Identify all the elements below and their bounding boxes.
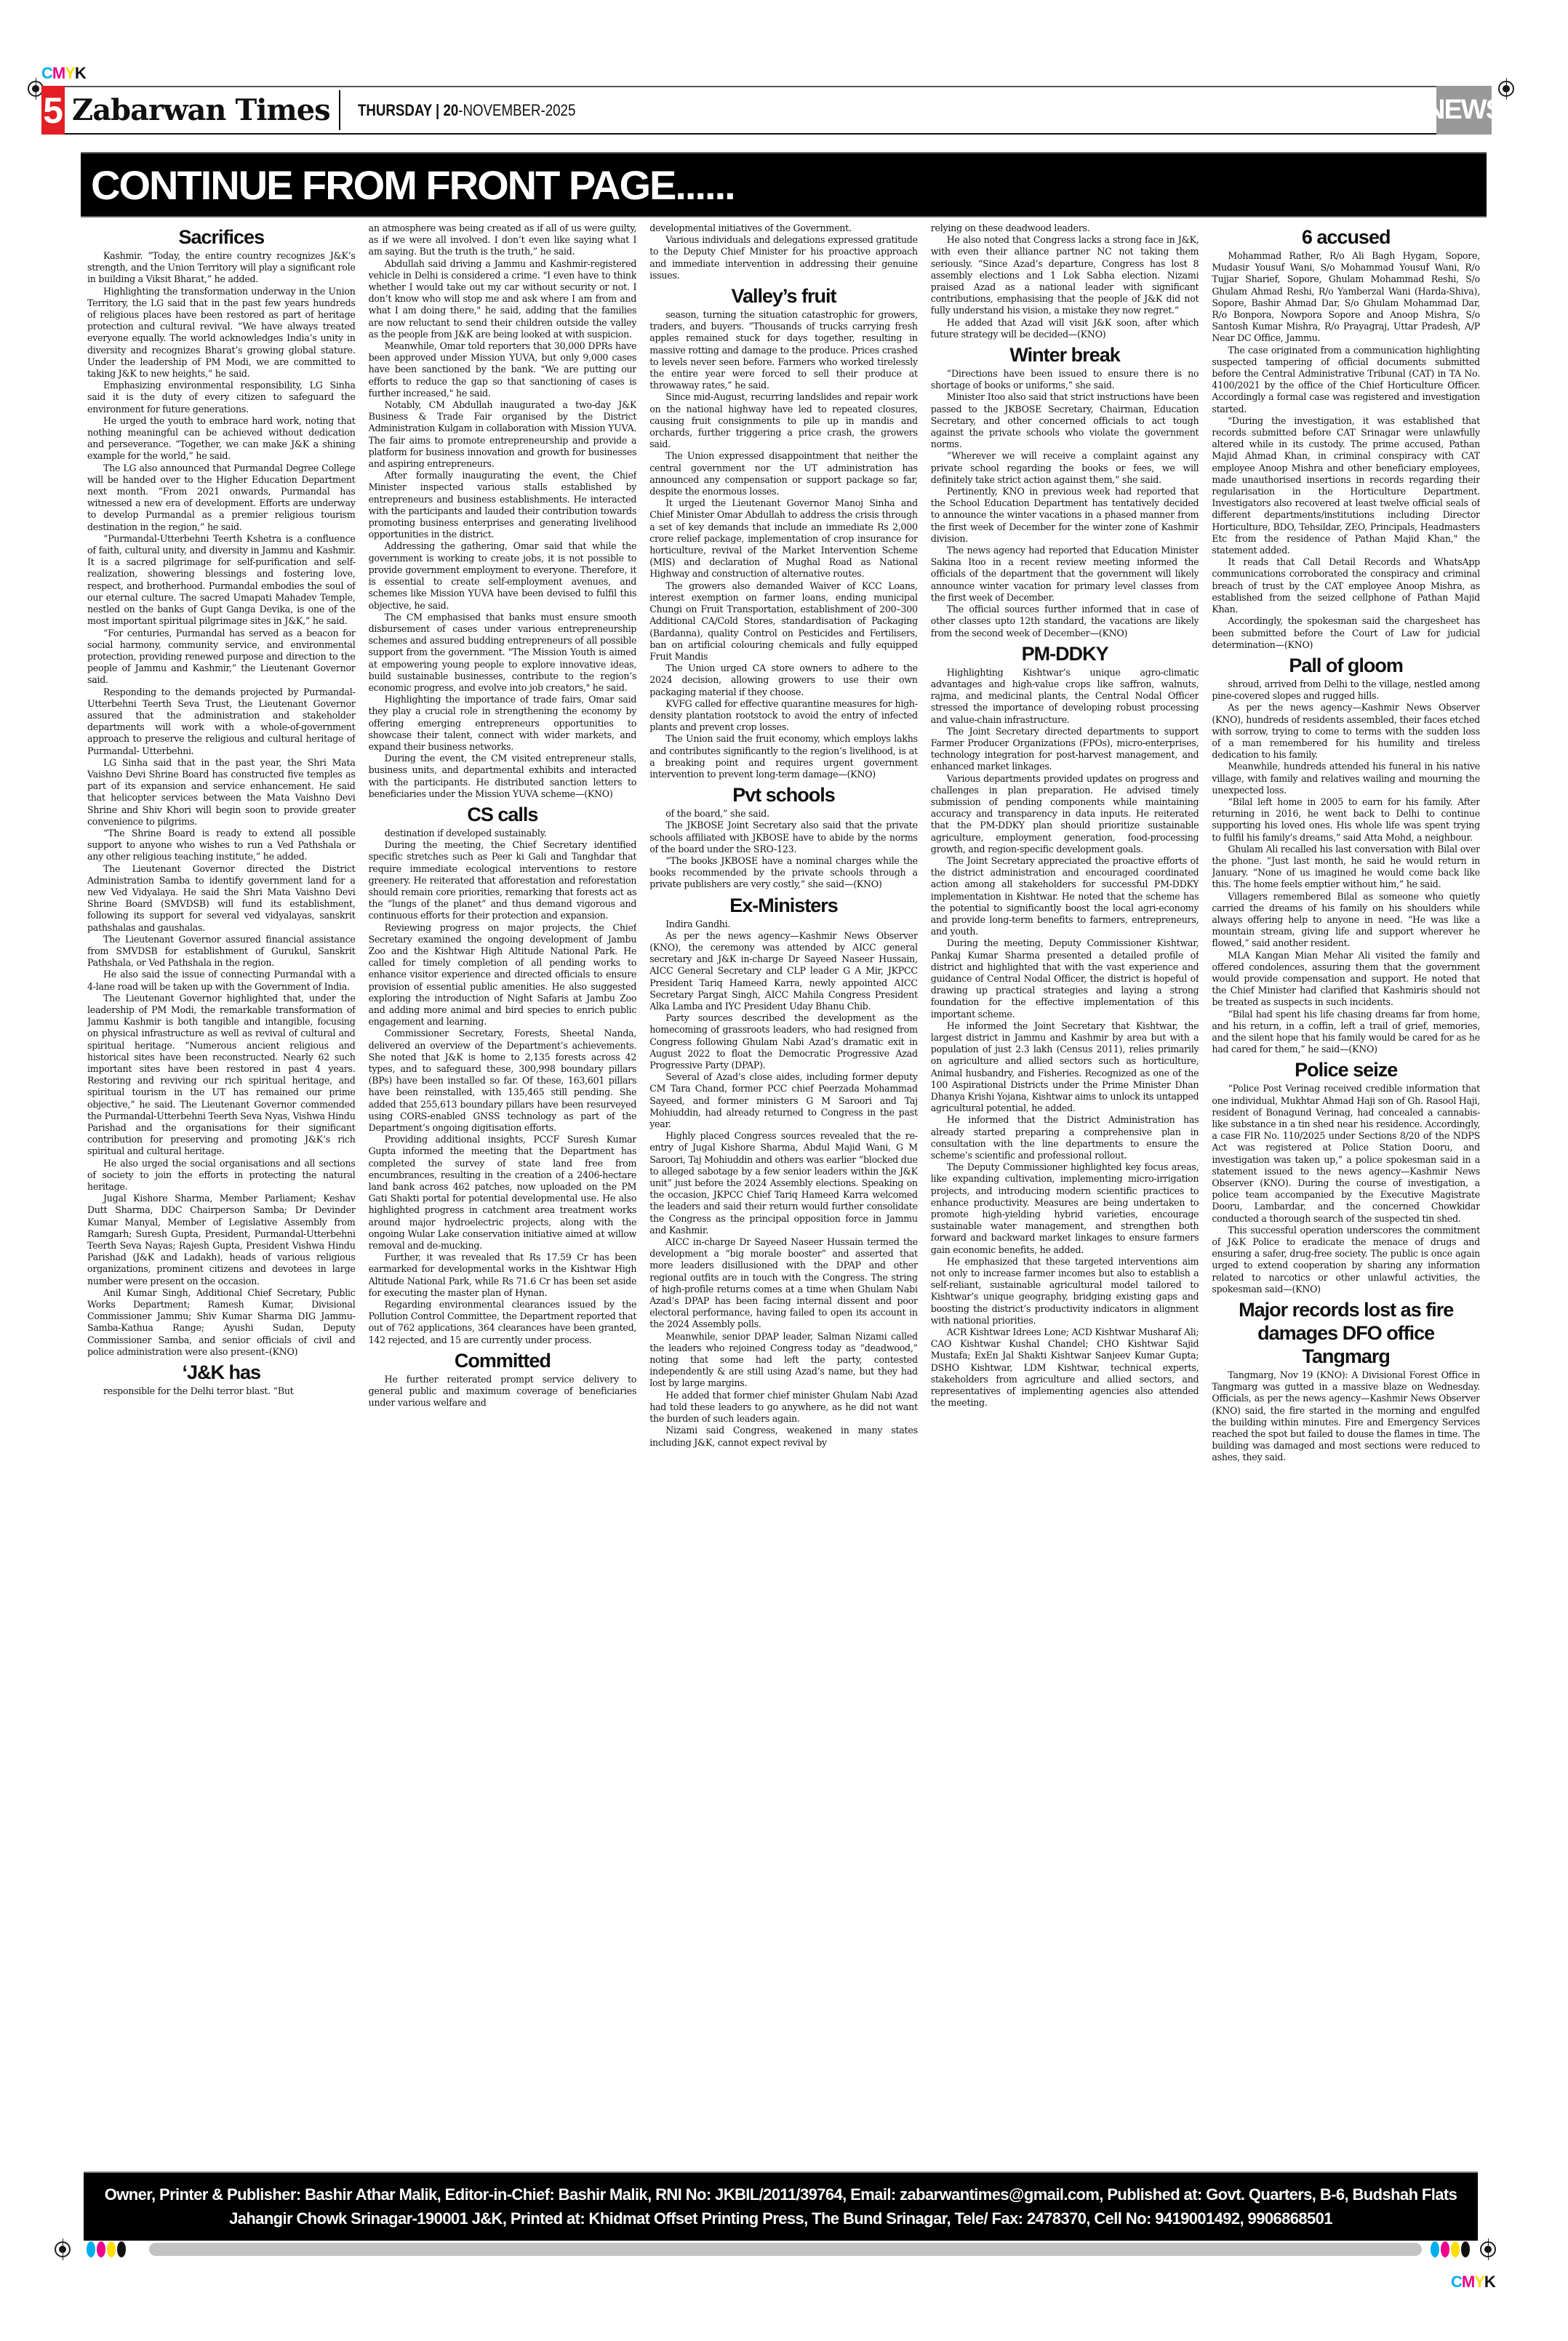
article-paragraph: “Directions have been issued to ensure t… (931, 368, 1199, 391)
article-paragraph: He urged the youth to embrace hard work,… (87, 415, 356, 463)
magenta-dot (1441, 2241, 1449, 2257)
paper-name: Zabarwan Times (72, 93, 330, 127)
article-paragraph: relying on these deadwood leaders. (931, 223, 1199, 234)
article-paragraph: Party sources described the development … (649, 1012, 918, 1071)
article-paragraph: “Bilal left home in 2005 to earn for his… (1212, 796, 1480, 844)
article-paragraph: Notably, CM Abdullah inaugurated a two-d… (369, 399, 637, 470)
article-paragraph: Several of Azad’s close aides, including… (649, 1071, 918, 1130)
issue-date: THURSDAY | 20-NOVEMBER-2025 (358, 101, 575, 120)
article-paragraph: Various departments provided updates on … (931, 773, 1199, 855)
article-paragraph: Meanwhile, senior DPAP leader, Salman Ni… (649, 1331, 918, 1390)
article-paragraph: He also said the issue of connecting Pur… (87, 969, 356, 992)
color-calibration-bar (56, 2241, 1511, 2260)
article-paragraph: The Joint Secretary directed departments… (931, 726, 1199, 773)
article-paragraph: As per the news agency—Kashmir News Obse… (1212, 702, 1480, 761)
article-paragraph: He also noted that Congress lacks a stro… (931, 234, 1199, 316)
black-dot (1461, 2241, 1470, 2257)
article-paragraph: He also urged the social organisations a… (87, 1158, 356, 1193)
article-paragraph: KVFG called for effective quarantine mea… (649, 698, 918, 734)
cmyk-label-bottom: CMYK (1451, 2273, 1495, 2292)
article-paragraph: "During the investigation, it was establ… (1212, 415, 1480, 556)
article-paragraph: As per the news agency—Kashmir News Obse… (649, 930, 918, 1012)
article-paragraph: Tangmarg, Nov 19 (KNO): A Divisional For… (1212, 1369, 1480, 1464)
article-paragraph: Regarding environmental clearances issue… (369, 1299, 637, 1346)
article-paragraph: The CM emphasised that banks must ensure… (369, 612, 637, 694)
yellow-dot (1451, 2241, 1460, 2257)
article-paragraph: Since mid-August, recurring landslides a… (649, 391, 918, 450)
column-5: 6 accusedMohammad Rather, R/o Ali Bagh H… (1212, 223, 1480, 2179)
article-paragraph: shroud, arrived from Delhi to the villag… (1212, 679, 1480, 702)
black-dot (117, 2241, 126, 2257)
article-paragraph: He added that Azad will visit J&K soon, … (931, 317, 1199, 340)
article-headline: ‘J&K has (87, 1361, 356, 1384)
article-paragraph: ACR Kishtwar Idrees Lone; ACD Kishtwar M… (931, 1326, 1199, 1409)
column-2: an atmosphere was being created as if al… (369, 223, 637, 2179)
article-paragraph: The JKBOSE Joint Secretary also said tha… (649, 820, 918, 855)
article-paragraph: “Purmandal-Utterbehni Teerth Kshetra is … (87, 533, 356, 628)
article-paragraph: During the meeting, the Chief Secretary … (369, 839, 637, 921)
article-paragraph: “For centuries, Purmandal has served as … (87, 628, 356, 687)
article-paragraph: of the board,” she said. (649, 808, 918, 820)
article-paragraph: After formally inaugurating the event, t… (369, 470, 637, 540)
cmyk-label-top: CMYK (41, 64, 86, 83)
article-paragraph: The Union said the fruit economy, which … (649, 733, 918, 780)
article-headline: Sacrifices (87, 225, 356, 249)
article-headline: CS calls (369, 803, 637, 826)
article-headline: 6 accused (1212, 225, 1480, 249)
article-paragraph: Meanwhile, hundreds attended his funeral… (1212, 761, 1480, 796)
article-paragraph: The news agency had reported that Educat… (931, 545, 1199, 604)
imprint-line-2: Jahangir Chowk Srinagar-190001 J&K, Prin… (84, 2206, 1478, 2230)
masthead: 5 Zabarwan Times THURSDAY | 20-NOVEMBER-… (41, 86, 1492, 135)
column-4: relying on these deadwood leaders.He als… (931, 223, 1199, 2179)
yellow-dot (107, 2241, 116, 2257)
article-headline: Pall of gloom (1212, 654, 1480, 677)
registration-mark-bottom-right (1480, 2241, 1496, 2257)
article-paragraph: Anil Kumar Singh, Additional Chief Secre… (87, 1287, 356, 1358)
article-paragraph: LG Sinha said that in the past year, the… (87, 757, 356, 828)
article-headline: Winter break (931, 343, 1199, 367)
article-paragraph: season, turning the situation catastroph… (649, 309, 918, 391)
article-headline: Ex-Ministers (649, 894, 918, 917)
article-paragraph: Nizami said Congress, weakened in many s… (649, 1425, 918, 1448)
article-paragraph: Various individuals and delegations expr… (649, 234, 918, 281)
gray-density-bar (149, 2243, 1422, 2256)
article-headline: Police seize (1212, 1058, 1480, 1081)
article-paragraph: Addressing the gathering, Omar said that… (369, 540, 637, 611)
article-paragraph: He added that former chief minister Ghul… (649, 1390, 918, 1425)
article-paragraph: responsible for the Delhi terror blast. … (87, 1385, 356, 1397)
article-paragraph: Commissioner Secretary, Forests, Sheetal… (369, 1028, 637, 1134)
article-paragraph: The case originated from a communication… (1212, 345, 1480, 415)
article-paragraph: This successful operation underscores th… (1212, 1225, 1480, 1295)
article-paragraph: Pertinently, KNO in previous week had re… (931, 486, 1199, 545)
article-headline: Major records lost as fire damages DFO o… (1212, 1298, 1480, 1368)
article-paragraph: Further, it was revealed that Rs 17.59 C… (369, 1252, 637, 1299)
article-paragraph: The Lieutenant Governor highlighted that… (87, 993, 356, 1158)
article-paragraph: Accordingly, the spokesman said the char… (1212, 615, 1480, 651)
article-columns: SacrificesKashmir. “Today, the entire co… (87, 223, 1480, 2179)
article-paragraph: Minister Itoo also said that strict inst… (931, 391, 1199, 450)
article-paragraph: MLA Kangan Mian Mehar Ali visited the fa… (1212, 950, 1480, 1009)
article-paragraph: Reviewing progress on major projects, th… (369, 922, 637, 1028)
registration-mark-bottom-left (55, 2241, 71, 2257)
column-1: SacrificesKashmir. “Today, the entire co… (87, 223, 356, 2179)
article-paragraph: Highly placed Congress sources revealed … (649, 1130, 918, 1236)
article-paragraph: Highlighting Kishtwar’s unique agro-clim… (931, 667, 1199, 726)
article-headline: PM-DDKY (931, 642, 1199, 665)
article-paragraph: The Deputy Commissioner highlighted key … (931, 1161, 1199, 1256)
article-paragraph: The Lieutenant Governor assured financia… (87, 934, 356, 969)
article-paragraph: “The books JKBOSE have a nominal charges… (649, 855, 918, 891)
article-paragraph: The Lieutenant Governor directed the Dis… (87, 863, 356, 934)
column-3: developmental initiatives of the Governm… (649, 223, 918, 2179)
article-paragraph: Abdullah said driving a Jammu and Kashmi… (369, 258, 637, 340)
article-paragraph: Villagers remembered Bilal as someone wh… (1212, 891, 1480, 950)
article-paragraph: Emphasizing environmental responsibility… (87, 380, 356, 415)
article-paragraph: developmental initiatives of the Governm… (649, 223, 918, 234)
article-paragraph: Kashmir. “Today, the entire country reco… (87, 250, 356, 286)
article-paragraph: The LG also announced that Purmandal Deg… (87, 463, 356, 533)
article-paragraph: Providing additional insights, PCCF Sure… (369, 1134, 637, 1252)
article-paragraph: Jugal Kishore Sharma, Member Parliament;… (87, 1193, 356, 1287)
article-paragraph: The Union urged CA store owners to adher… (649, 663, 918, 698)
article-paragraph: Ghulam Ali recalled his last conversatio… (1212, 844, 1480, 891)
imprint-line-1: Owner, Printer & Publisher: Bashir Athar… (84, 2182, 1478, 2206)
article-paragraph: an atmosphere was being created as if al… (369, 223, 637, 258)
magenta-dot (97, 2241, 105, 2257)
article-paragraph: “Bilal had spent his life chasing dreams… (1212, 1009, 1480, 1056)
page-number: 5 (41, 86, 65, 135)
masthead-divider (339, 90, 340, 130)
publisher-imprint: Owner, Printer & Publisher: Bashir Athar… (84, 2172, 1478, 2241)
article-headline: Committed (369, 1349, 637, 1372)
article-paragraph: It reads that Call Detail Records and Wh… (1212, 556, 1480, 615)
article-paragraph: He informed the Joint Secretary that Kis… (931, 1020, 1199, 1115)
article-paragraph: It urged the Lieutenant Governor Manoj S… (649, 497, 918, 580)
continue-from-front-page-banner: CONTINUE FROM FRONT PAGE...... (81, 152, 1487, 217)
article-paragraph: “The Shrine Board is ready to extend all… (87, 828, 356, 863)
article-paragraph: The growers also demanded Waiver of KCC … (649, 580, 918, 663)
article-paragraph: Indira Gandhi. (649, 919, 918, 930)
article-paragraph: Meanwhile, Omar told reporters that 30,0… (369, 340, 637, 399)
article-paragraph: destination if developed sustainably. (369, 828, 637, 839)
article-paragraph: Highlighting the importance of trade fai… (369, 694, 637, 753)
article-paragraph: He emphasized that these targeted interv… (931, 1256, 1199, 1326)
cyan-dot (87, 2241, 95, 2257)
article-paragraph: Responding to the demands projected by P… (87, 687, 356, 757)
article-paragraph: “Police Post Verinag received credible i… (1212, 1083, 1480, 1224)
article-paragraph: Highlighting the transformation underway… (87, 286, 356, 380)
article-paragraph: During the event, the CM visited entrepr… (369, 753, 637, 800)
section-tag-news: NEWS (1436, 86, 1492, 135)
article-paragraph: The Joint Secretary appreciated the proa… (931, 855, 1199, 937)
article-paragraph: The official sources further informed th… (931, 604, 1199, 639)
article-paragraph: “Wherever we will receive a complaint ag… (931, 450, 1199, 486)
article-paragraph: During the meeting, Deputy Commissioner … (931, 937, 1199, 1020)
article-paragraph: The Union expressed disappointment that … (649, 450, 918, 497)
article-paragraph: He further reiterated prompt service del… (369, 1374, 637, 1409)
cyan-dot (1431, 2241, 1439, 2257)
article-paragraph: Mohammad Rather, R/o Ali Bagh Hygam, Sop… (1212, 250, 1480, 345)
article-paragraph: AICC in-charge Dr Sayeed Naseer Hussain … (649, 1236, 918, 1331)
article-headline: Pvt schools (649, 783, 918, 807)
article-headline: Valley’s fruit (649, 284, 918, 308)
article-paragraph: He informed that the District Administra… (931, 1114, 1199, 1161)
